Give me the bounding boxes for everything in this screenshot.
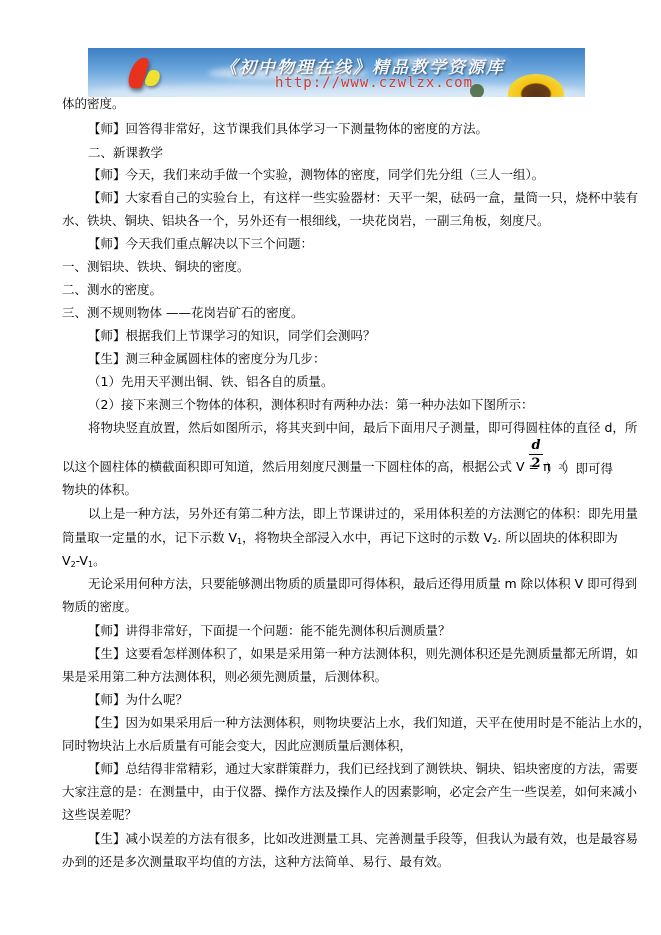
paragraph-line: V2-V1。 bbox=[62, 553, 106, 573]
formula-line: 以这个圆柱体的横截面积即可知道，然后用刻度尺测量一下圆柱体的高，根据公式 V =… bbox=[62, 459, 567, 475]
paragraph-line: 办到的还是多次测量取平均值的方法，这种方法简单、易行、最有效。 bbox=[62, 854, 450, 870]
paragraph-student: 【生】因为如果采用后一种方法测体积，则物块要沾上水，我们知道，天平在使用时是不能… bbox=[88, 715, 651, 731]
paragraph-line: 果是采用第二种方法测体积，则必须先测质量，后测体积。 bbox=[62, 669, 387, 685]
paragraph-line: 大家注意的是：在测量中，由于仪器、操作方法及操作人的因素影响，必定会产生一些误差… bbox=[62, 784, 637, 800]
fraction-denominator: 2 bbox=[529, 457, 543, 470]
paragraph-line: 物质的密度。 bbox=[62, 599, 137, 615]
paragraph-line: 将物块竖直放置，然后如图所示，将其夹到中间，最后下面用尺子测量，即可得圆柱体的直… bbox=[88, 420, 637, 436]
formula-tail-text: ）即可得 bbox=[563, 461, 613, 476]
formula-fraction: d 2 bbox=[529, 439, 543, 470]
site-banner: 《初中物理在线》精品教学资源库 http://www.czwlzx.com bbox=[88, 48, 585, 97]
sunflower-icon bbox=[508, 74, 564, 97]
paragraph-teacher: 【师】总结得非常精彩，通过大家群策群力，我们已经找到了测铁块、铜块、铝块密度的方… bbox=[88, 761, 638, 777]
paragraph-line: 物块的体积。 bbox=[62, 482, 137, 498]
paragraph-line: 以上是一种方法，另外还有第二种方法，即上节课讲过的，采用体积差的方法测它的体积：… bbox=[88, 506, 638, 522]
section-heading: 二、新课教学 bbox=[88, 145, 163, 161]
paragraph-line: 体的密度。 bbox=[62, 96, 125, 112]
paragraph-teacher: 【师】今天我们重点解决以下三个问题： bbox=[88, 236, 313, 252]
text-segment: 。 bbox=[93, 553, 106, 568]
paragraph-teacher: 【师】大家看自己的实验台上，有这样一些实验器材：天平一架，砝码一盒，量筒一只，烧… bbox=[88, 190, 638, 206]
fraction-bar bbox=[529, 454, 543, 455]
paragraph-student: 【生】减小误差的方法有很多，比如改进测量工具、完善测量手段等，但我认为最有效，也… bbox=[88, 831, 638, 847]
paragraph-teacher: 【师】回答得非常好，这节课我们具体学习一下测量物体的密度的方法。 bbox=[88, 121, 488, 137]
text-segment: V bbox=[62, 553, 71, 568]
step-item: （1）先用天平测出铜、铁、铝各自的质量。 bbox=[88, 374, 333, 390]
paragraph-student: 【生】这要看怎样测体积了，如果是采用第一种方法测体积，则先测体积还是先测质量都无… bbox=[88, 646, 638, 662]
paragraph-line: 筒量取一定量的水，记下示数 V1，将物块全部浸入水中，再记下这时的示数 V2. … bbox=[62, 530, 618, 550]
fraction-numerator: d bbox=[529, 439, 543, 452]
paragraph-teacher: 【师】讲得非常好，下面提一个问题：能不能先测体积后测质量？ bbox=[88, 623, 451, 639]
leaf-decoration bbox=[470, 84, 484, 97]
text-segment: -V bbox=[76, 553, 88, 568]
paragraph-teacher: 【师】根据我们上节课学习的知识，同学们会测吗？ bbox=[88, 328, 376, 344]
list-item: 三、测不规则物体 ——花岗岩矿石的密度。 bbox=[62, 305, 303, 321]
paragraph-line: 无论采用何种方法，只要能够测出物质的质量即可得体积，最后还得用质量 m 除以体积… bbox=[88, 576, 637, 592]
text-segment: . 所以固块的体积即为 bbox=[497, 530, 617, 545]
paragraph-line: 水、铁块、铜块、铝块各一个，另外还有一根细线，一块花岗岩，一副三角板，刻度尺。 bbox=[62, 213, 550, 229]
paragraph-line: 这些误差呢？ bbox=[62, 807, 137, 823]
text-segment: ，将物块全部浸入水中，再记下这时的示数 V bbox=[242, 530, 492, 545]
paragraph-line: 同时物块沾上水后质量有可能会变大，因此应测质量后测体积， bbox=[62, 738, 412, 754]
list-item: 二、测水的密度。 bbox=[62, 282, 162, 298]
formula-tail: ）2）即可得 bbox=[546, 459, 613, 477]
list-item: 一、测铝块、铁块、铜块的密度。 bbox=[62, 259, 250, 275]
paragraph-student: 【生】测三种金属圆柱体的密度分为几步： bbox=[88, 351, 326, 367]
paragraph-teacher: 【师】今天，我们来动手做一个实验，测物体的密度，同学们先分组（三人一组）。 bbox=[88, 167, 544, 183]
step-item: （2）接下来测三个物体的体积，测体积时有两种办法：第一种办法如下图所示： bbox=[88, 397, 533, 413]
text-segment: 筒量取一定量的水，记下示数 V bbox=[62, 530, 237, 545]
banner-url: http://www.czwlzx.com bbox=[275, 75, 473, 91]
paragraph-teacher: 【师】为什么呢？ bbox=[88, 692, 188, 708]
formula-text: 以这个圆柱体的横截面积即可知道，然后用刻度尺测量一下圆柱体的高，根据公式 V =… bbox=[62, 459, 567, 474]
